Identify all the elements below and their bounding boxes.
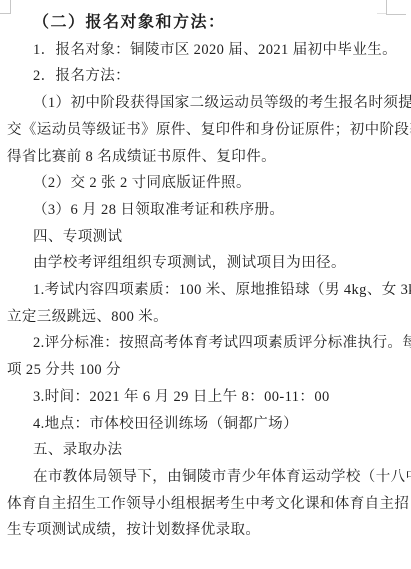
text-line: 2．报名方法：	[7, 63, 405, 90]
text-line: 立定三级跳远、800 米。	[7, 304, 405, 331]
text-line: 得省比赛前 8 名成绩证书原件、复印件。	[7, 144, 405, 171]
text-line: （2）交 2 张 2 寸同底版证件照。	[7, 170, 405, 197]
text-line: 由学校考评组组织专项测试，测试项目为田径。	[7, 250, 405, 277]
text-line: （1）初中阶段获得国家二级运动员等级的考生报名时须提	[7, 90, 405, 117]
text-line: （3）6 月 28 日领取准考证和秩序册。	[7, 197, 405, 224]
text-line: 2.评分标准：按照高考体育考试四项素质评分标准执行。每	[7, 330, 405, 357]
text-line: 四、专项测试	[7, 224, 405, 251]
text-line: 1.考试内容四项素质：100 米、原地推铅球（男 4kg、女 3kg）、	[7, 277, 405, 304]
text-line: 生专项测试成绩，按计划数择优录取。	[7, 517, 405, 544]
text-line: 体育自主招生工作领导小组根据考生中考文化课和体育自主招	[7, 491, 405, 518]
document-page: （二）报名对象和方法：1．报名对象：铜陵市区 2020 届、2021 届初中毕业…	[0, 0, 411, 569]
text-line: 交《运动员等级证书》原件、复印件和身份证原件；初中阶段获	[7, 117, 405, 144]
text-line: 3.时间：2021 年 6 月 29 日上午 8：00-11：00	[7, 384, 405, 411]
text-line: 项 25 分共 100 分	[7, 357, 405, 384]
section-heading: （二）报名对象和方法：	[7, 10, 405, 37]
text-line: 4.地点：市体校田径训练场（铜都广场）	[7, 411, 405, 438]
document-body: （二）报名对象和方法：1．报名对象：铜陵市区 2020 届、2021 届初中毕业…	[7, 10, 405, 544]
text-line: 五、录取办法	[7, 437, 405, 464]
text-line: 1．报名对象：铜陵市区 2020 届、2021 届初中毕业生。	[7, 37, 405, 64]
text-line: 在市教体局领导下，由铜陵市青少年体育运动学校（十八中）	[7, 464, 405, 491]
